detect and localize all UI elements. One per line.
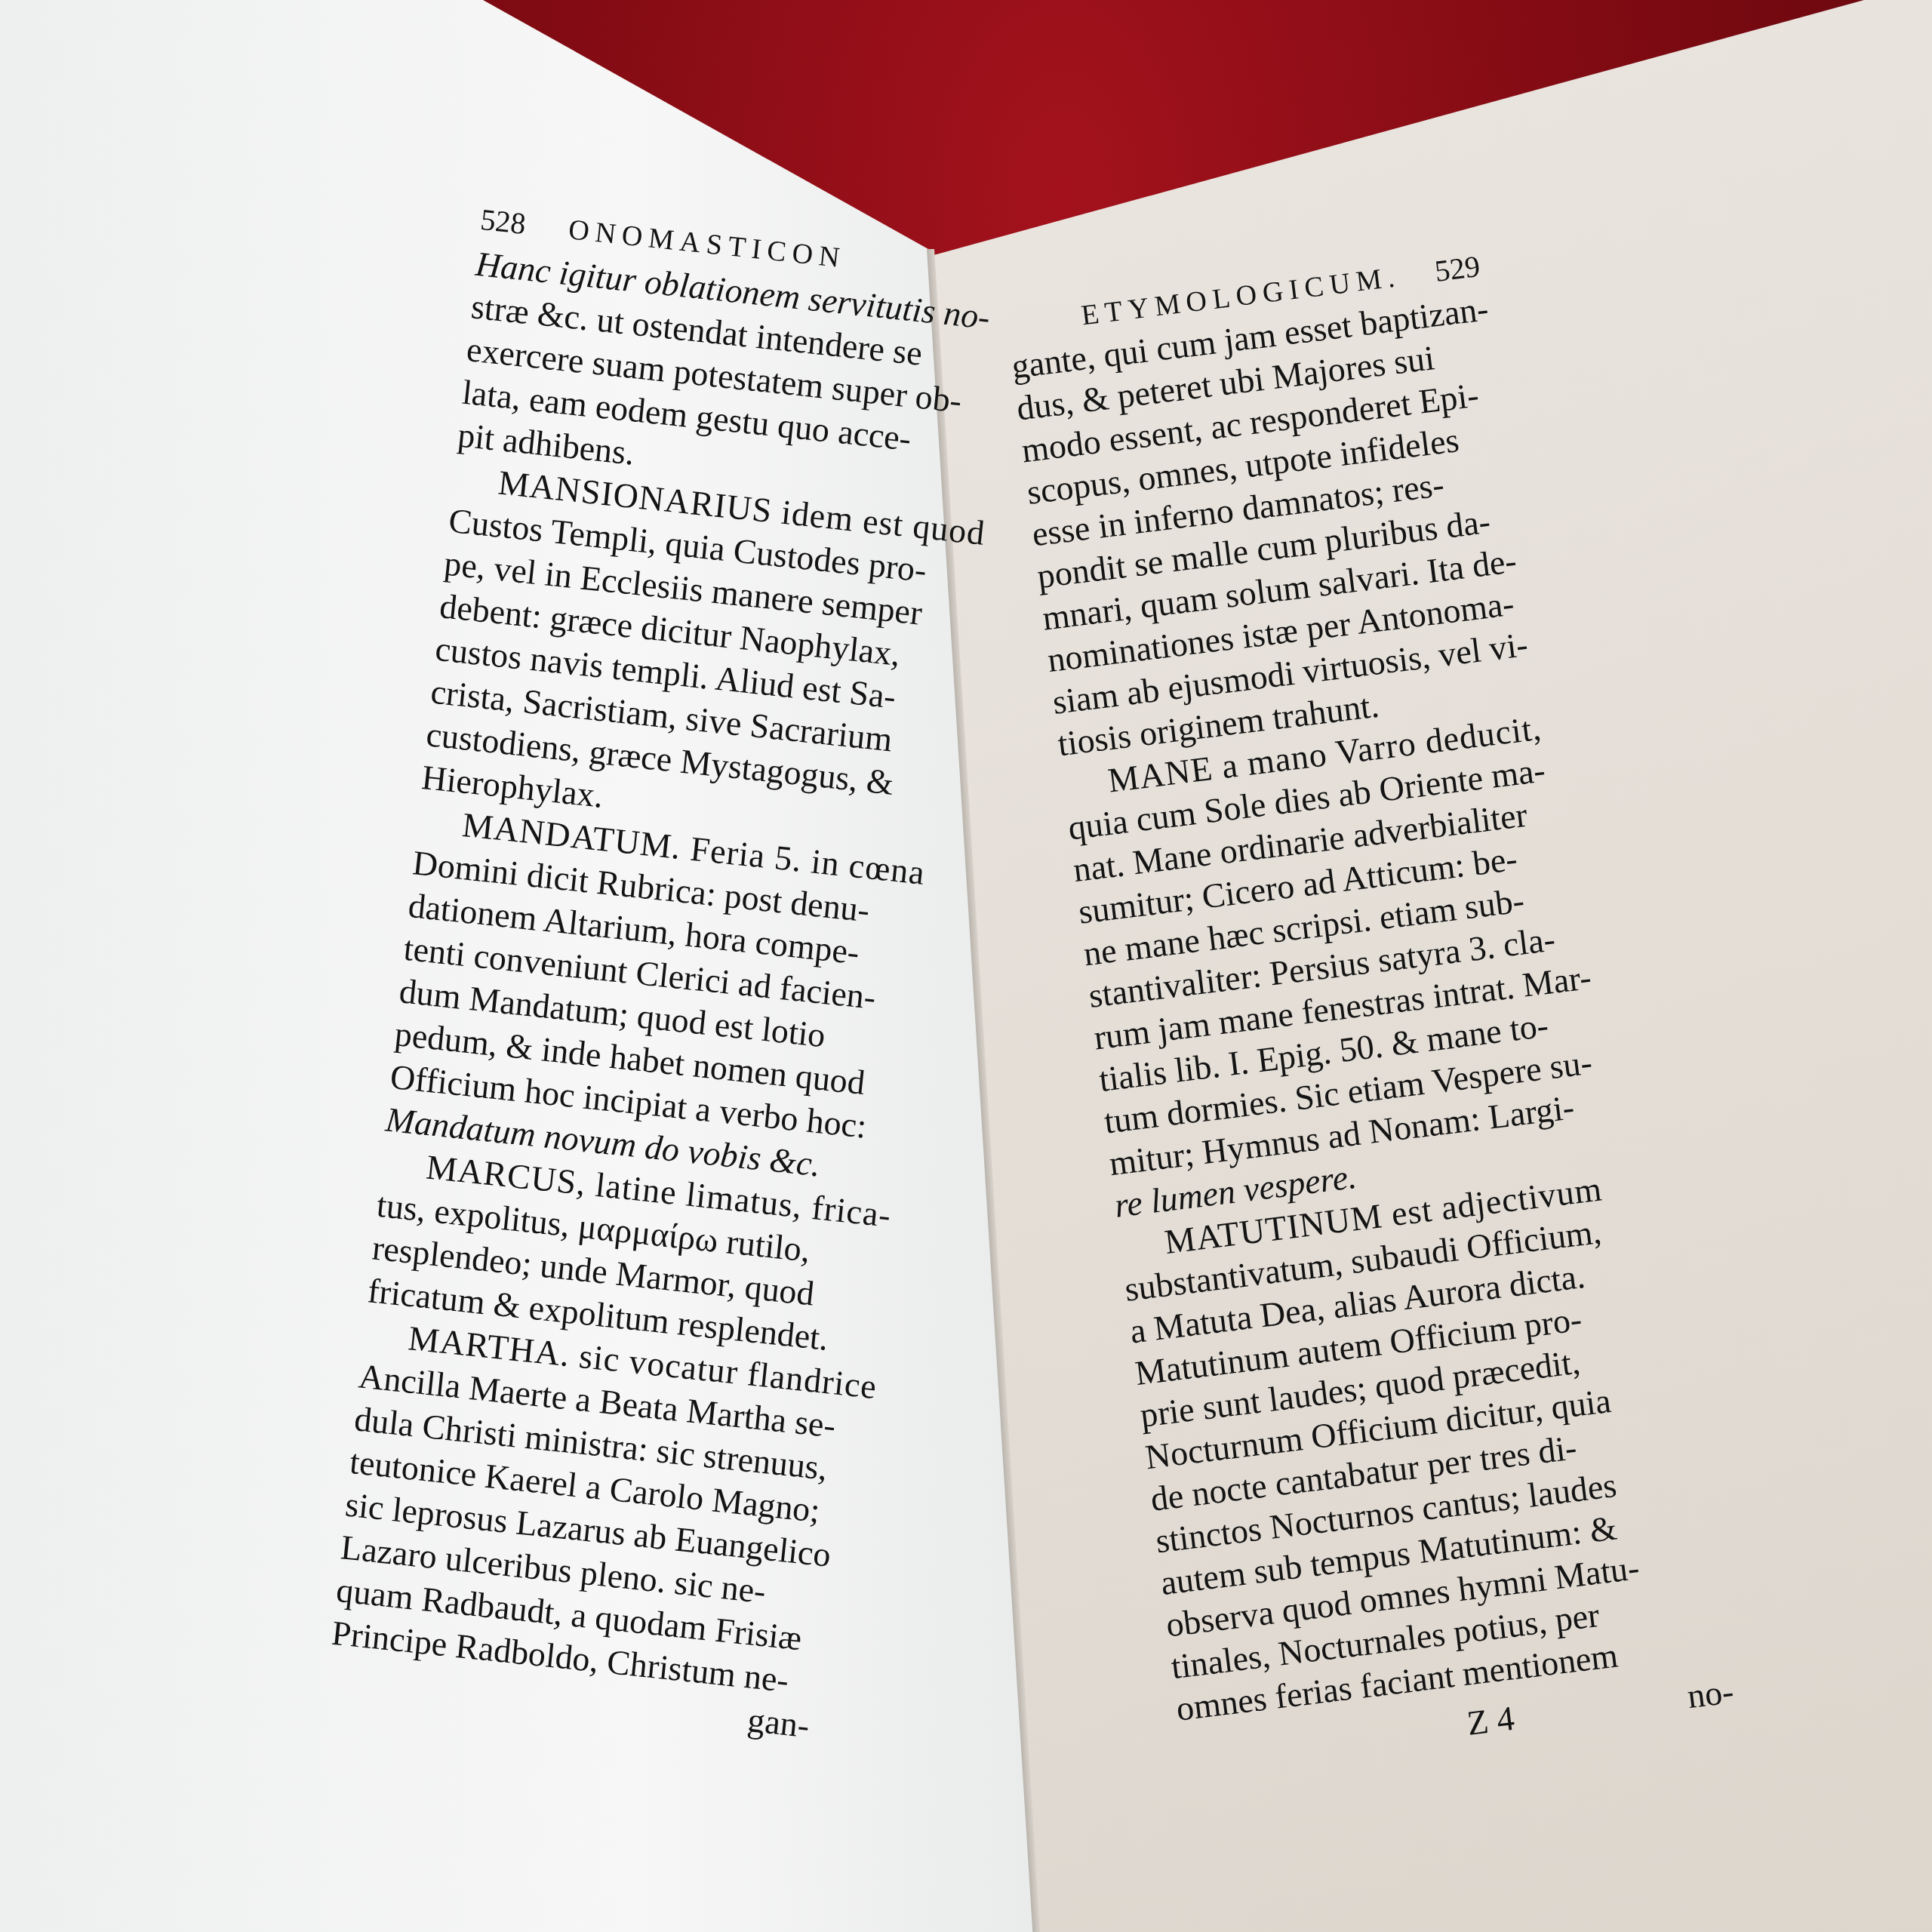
right-page-number: 529 xyxy=(1433,249,1482,288)
left-page-number: 528 xyxy=(478,202,527,241)
